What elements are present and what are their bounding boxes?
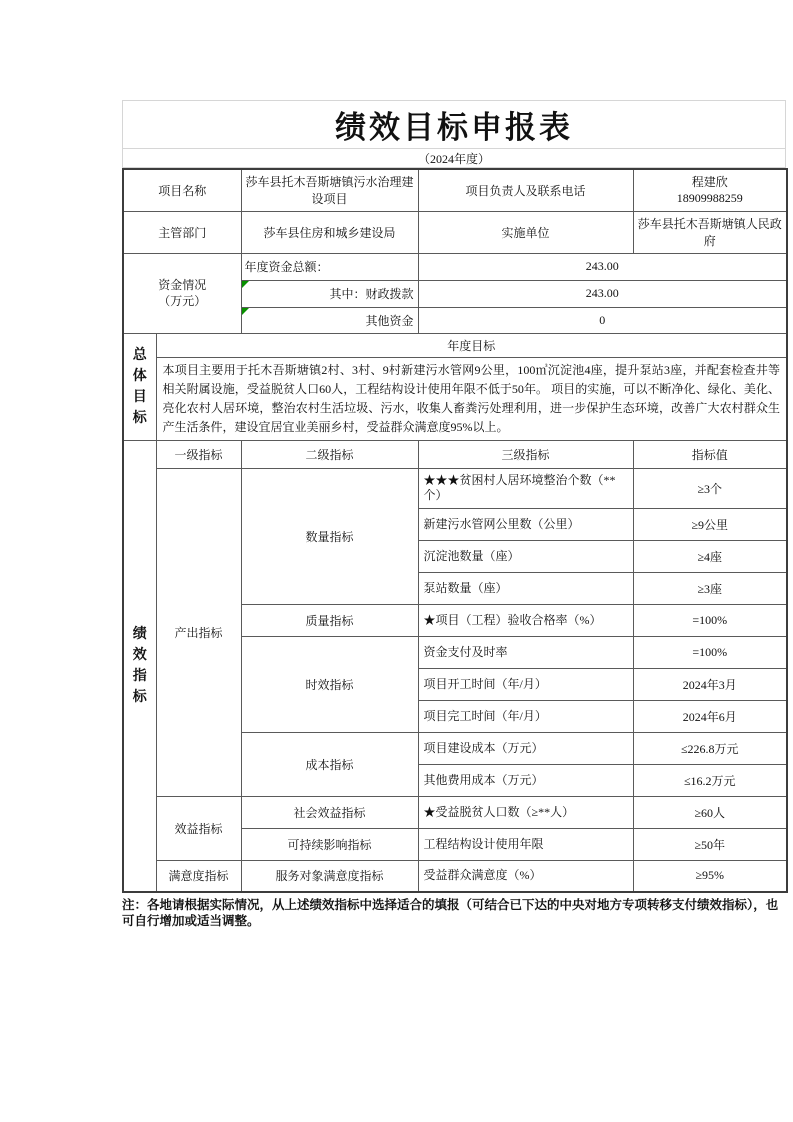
document-page: 绩效目标申报表 （2024年度） 项目名称 莎车县托木吾斯塘镇污水治理建设项目 …	[0, 0, 793, 1122]
header-level3: 三级指标	[418, 440, 633, 468]
indicators-side-text: 绩效指标	[132, 624, 148, 708]
row-project-name: 项目名称 莎车县托木吾斯塘镇污水治理建设项目 项目负责人及联系电话 程建欣 18…	[123, 169, 787, 211]
level2-quality: 质量指标	[241, 604, 418, 636]
department-label: 主管部门	[123, 211, 241, 253]
goal-header: 年度目标	[156, 333, 787, 357]
form-table: 项目名称 莎车县托木吾斯塘镇污水治理建设项目 项目负责人及联系电话 程建欣 18…	[122, 168, 788, 893]
level1-satisfaction: 满意度指标	[156, 860, 241, 892]
indicator-value: ≥3座	[633, 572, 787, 604]
indicator-value: ≥60人	[633, 796, 787, 828]
contact-value: 程建欣 18909988259	[633, 169, 787, 211]
form-sheet: 绩效目标申报表 （2024年度） 项目名称 莎车县托木吾斯塘镇污水治理建设项目 …	[122, 100, 786, 929]
level2-sustain: 可持续影响指标	[241, 828, 418, 860]
page-subtitle: （2024年度）	[418, 150, 490, 167]
header-level2: 二级指标	[241, 440, 418, 468]
indicator-l3: ★★★贫困村人居环境整治个数（**个）	[418, 468, 633, 508]
level2-service: 服务对象满意度指标	[241, 860, 418, 892]
indicator-value: ≤16.2万元	[633, 764, 787, 796]
row-goal-text: 本项目主要用于托木吾斯塘镇2村、3村、9村新建污水管网9公里，100㎥沉淀池4座…	[123, 357, 787, 440]
indicator-value: ≤226.8万元	[633, 732, 787, 764]
indicator-l3: 受益群众满意度（%）	[418, 860, 633, 892]
indicator-value: ≥95%	[633, 860, 787, 892]
indicator-l3: 资金支付及时率	[418, 636, 633, 668]
page-title: 绩效目标申报表	[335, 102, 573, 147]
funding-total-value: 243.00	[418, 253, 787, 280]
indicator-l3: 沉淀池数量（座）	[418, 540, 633, 572]
contact-phone: 18909988259	[637, 190, 784, 206]
indicator-row: 产出指标 数量指标 ★★★贫困村人居环境整治个数（**个） ≥3个	[123, 468, 787, 508]
funding-label: 资金情况 （万元）	[123, 253, 241, 333]
level2-cost: 成本指标	[241, 732, 418, 796]
row-department: 主管部门 莎车县住房和城乡建设局 实施单位 莎车县托木吾斯塘镇人民政府	[123, 211, 787, 253]
indicator-value: ≥50年	[633, 828, 787, 860]
indicator-l3: ★受益脱贫人口数（≥**人）	[418, 796, 633, 828]
header-level1: 一级指标	[156, 440, 241, 468]
level2-social: 社会效益指标	[241, 796, 418, 828]
row-funding-total: 资金情况 （万元） 年度资金总额： 243.00	[123, 253, 787, 280]
department-value: 莎车县住房和城乡建设局	[241, 211, 418, 253]
funding-fiscal-label: 其中：财政拨款	[241, 280, 418, 307]
indicator-l3: 其他费用成本（万元）	[418, 764, 633, 796]
indicator-l3: 项目完工时间（年/月）	[418, 700, 633, 732]
header-value: 指标值	[633, 440, 787, 468]
indicator-value: 2024年3月	[633, 668, 787, 700]
indicator-l3: ★项目（工程）验收合格率（%）	[418, 604, 633, 636]
row-indicator-headers: 绩效指标 一级指标 二级指标 三级指标 指标值	[123, 440, 787, 468]
indicator-value: ≥4座	[633, 540, 787, 572]
implement-value: 莎车县托木吾斯塘镇人民政府	[633, 211, 787, 253]
indicator-row: 满意度指标 服务对象满意度指标 受益群众满意度（%） ≥95%	[123, 860, 787, 892]
funding-label-line1: 资金情况	[127, 277, 238, 293]
funding-total-label: 年度资金总额：	[241, 253, 418, 280]
indicator-row: 效益指标 社会效益指标 ★受益脱贫人口数（≥**人） ≥60人	[123, 796, 787, 828]
project-name-label: 项目名称	[123, 169, 241, 211]
cell-corner-marker-icon	[242, 308, 249, 315]
row-goal-header: 总体目标 年度目标	[123, 333, 787, 357]
overall-goal-side-text: 总体目标	[132, 345, 148, 429]
indicator-value: =100%	[633, 604, 787, 636]
indicator-l3: 项目开工时间（年/月）	[418, 668, 633, 700]
project-name-value: 莎车县托木吾斯塘镇污水治理建设项目	[241, 169, 418, 211]
title-block: 绩效目标申报表	[122, 100, 786, 148]
footnote: 注：各地请根据实际情况，从上述绩效指标中选择适合的填报（可结合已下达的中央对地方…	[122, 897, 786, 929]
indicators-side-label: 绩效指标	[123, 440, 156, 892]
implement-label: 实施单位	[418, 211, 633, 253]
indicator-value: ≥3个	[633, 468, 787, 508]
level1-output: 产出指标	[156, 468, 241, 796]
indicator-l3: 新建污水管网公里数（公里）	[418, 508, 633, 540]
overall-goal-side-label: 总体目标	[123, 333, 156, 440]
cell-corner-marker-icon	[242, 281, 249, 288]
indicator-l3: 泵站数量（座）	[418, 572, 633, 604]
funding-fiscal-label-text: 其中：财政拨款	[330, 287, 414, 301]
indicator-l3: 项目建设成本（万元）	[418, 732, 633, 764]
funding-other-value: 0	[418, 307, 787, 333]
indicator-l3: 工程结构设计使用年限	[418, 828, 633, 860]
level1-benefit: 效益指标	[156, 796, 241, 860]
goal-text: 本项目主要用于托木吾斯塘镇2村、3村、9村新建污水管网9公里，100㎥沉淀池4座…	[156, 357, 787, 440]
subtitle-block: （2024年度）	[122, 148, 786, 168]
contact-name: 程建欣	[637, 174, 784, 190]
level2-quantity: 数量指标	[241, 468, 418, 604]
funding-other-label-text: 其他资金	[366, 314, 414, 328]
funding-label-line2: （万元）	[127, 293, 238, 309]
indicator-value: ≥9公里	[633, 508, 787, 540]
indicator-value: =100%	[633, 636, 787, 668]
level2-timeliness: 时效指标	[241, 636, 418, 732]
contact-label: 项目负责人及联系电话	[418, 169, 633, 211]
funding-fiscal-value: 243.00	[418, 280, 787, 307]
funding-other-label: 其他资金	[241, 307, 418, 333]
indicator-value: 2024年6月	[633, 700, 787, 732]
